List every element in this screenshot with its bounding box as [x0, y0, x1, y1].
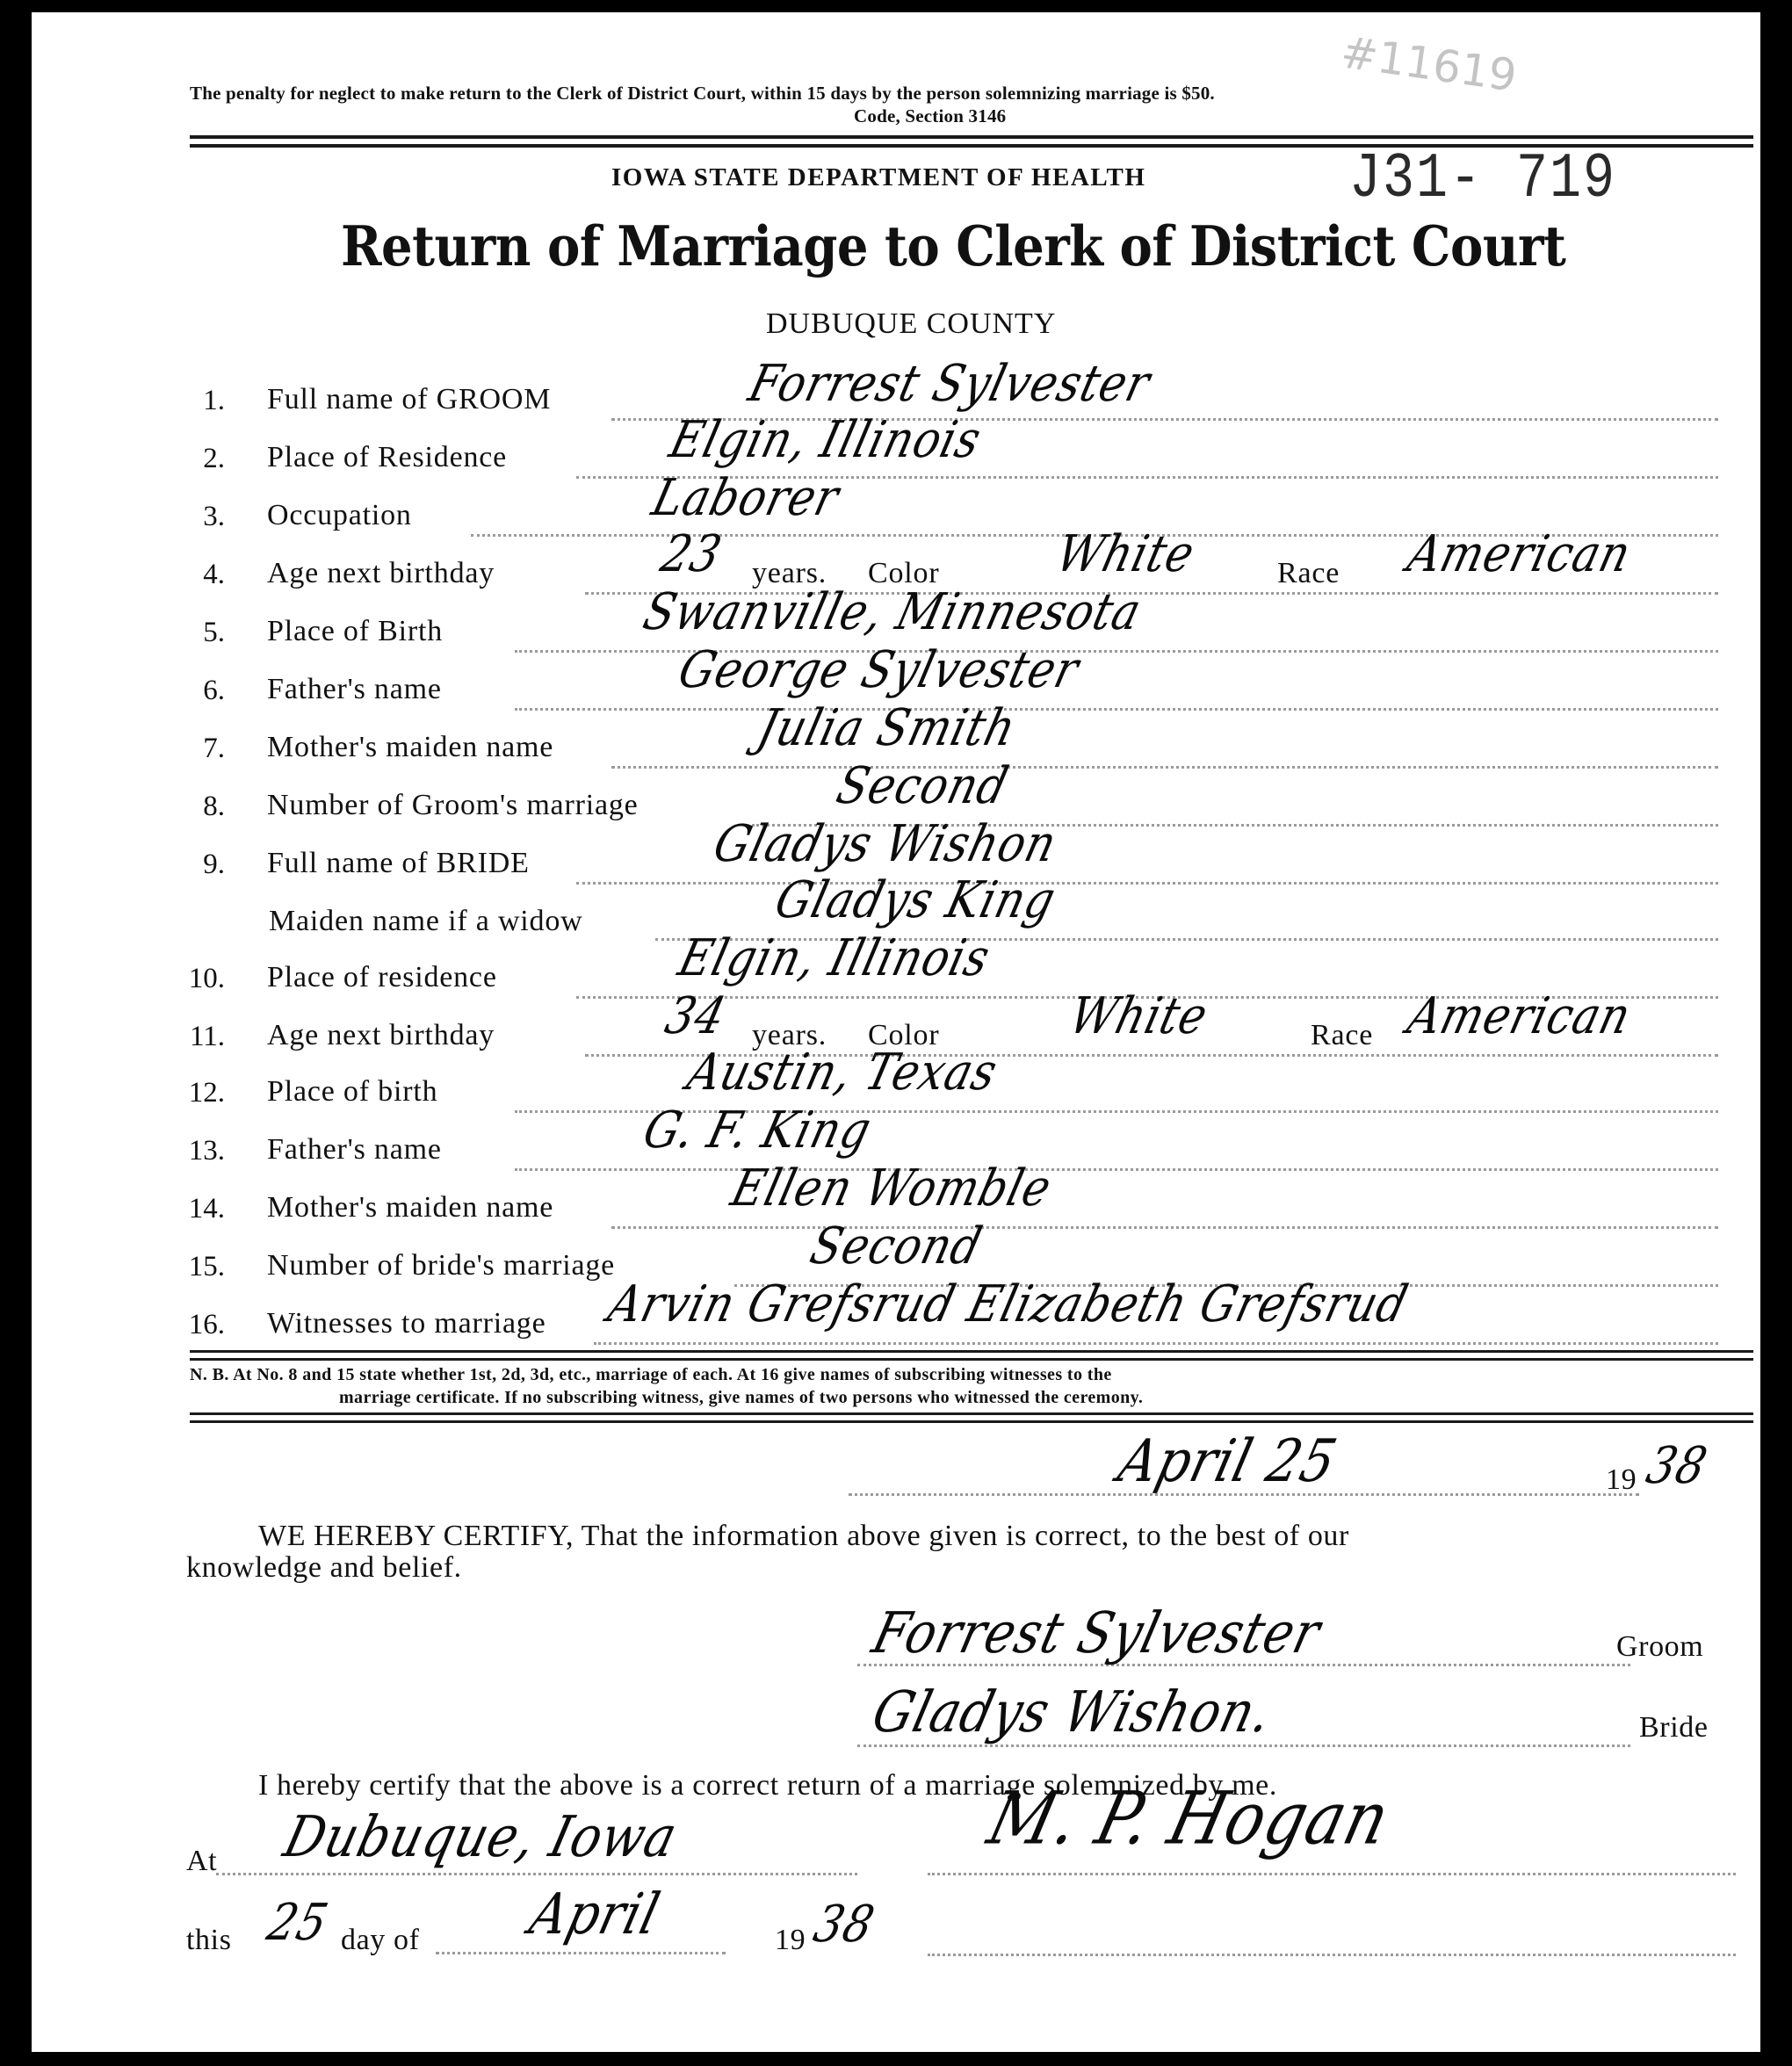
row-number: 6.	[172, 675, 225, 707]
row-number: 14.	[172, 1193, 225, 1225]
pencil-note: #11619	[1338, 26, 1520, 101]
officiant-year-suffix: 38	[808, 1895, 880, 1954]
maiden-name-label: Maiden name if a widow	[269, 905, 583, 938]
officiant-signature-line	[928, 1873, 1736, 1875]
row-number: 1.	[172, 385, 225, 417]
row-number: 5.	[172, 617, 225, 649]
row-number: 9.	[172, 849, 225, 881]
year-prefix: 19	[1606, 1463, 1637, 1497]
officiant-address-line	[928, 1954, 1736, 1956]
row-number: 16.	[172, 1309, 225, 1341]
field-line	[611, 766, 1718, 769]
row-number: 2.	[172, 443, 225, 475]
agency-name: IOWA STATE DEPARTMENT OF HEALTH	[611, 163, 1145, 192]
bride-mother-label: Mother's maiden name	[267, 1191, 553, 1224]
groom-father-label: Father's name	[267, 673, 442, 706]
note-rule	[190, 1412, 1753, 1415]
row-number: 15.	[172, 1251, 225, 1283]
bride-mother-value: Ellen Womble	[726, 1159, 1058, 1217]
bride-father-label: Father's name	[267, 1133, 442, 1167]
code-section: Code, Section 3146	[854, 105, 1006, 127]
officiant-year-prefix: 19	[775, 1924, 806, 1957]
row-number: 13.	[172, 1135, 225, 1167]
row-number: 10.	[172, 963, 225, 995]
bride-birthplace-value: Austin, Texas	[682, 1043, 1003, 1102]
note-text-line1: N. B. At No. 8 and 15 state whether 1st,…	[190, 1365, 1112, 1385]
month-value: April	[524, 1882, 667, 1947]
witnesses-label: Witnesses to marriage	[267, 1307, 546, 1340]
groom-age-label: Age next birthday	[267, 557, 495, 590]
bride-marriage-number-value: Second	[805, 1217, 988, 1275]
groom-birthplace-value: Swanville, Minnesota	[638, 582, 1147, 641]
groom-residence-value: Elgin, Illinois	[664, 410, 987, 469]
groom-name-value: Forrest Sylvester	[743, 354, 1156, 413]
year-suffix: 38	[1641, 1436, 1713, 1495]
at-label: At	[186, 1845, 217, 1878]
groom-label: Groom	[1616, 1630, 1703, 1664]
groom-color-value: White	[1051, 524, 1201, 583]
groom-father-value: George Sylvester	[673, 640, 1085, 699]
officiant-signature: M. P. Hogan	[980, 1775, 1398, 1860]
groom-race-value: American	[1402, 524, 1637, 583]
certification-date-value: April 25	[1112, 1427, 1344, 1495]
field-line	[611, 1226, 1718, 1229]
note-rule	[190, 1420, 1753, 1423]
note-rule	[190, 1350, 1753, 1353]
groom-signature: Forrest Sylvester	[866, 1600, 1327, 1666]
certify-statement: WE HEREBY CERTIFY, That the information …	[258, 1520, 1349, 1553]
bride-father-value: G. F. King	[638, 1101, 878, 1159]
groom-name-label: Full name of GROOM	[267, 383, 551, 416]
bride-residence-value: Elgin, Illinois	[673, 928, 996, 987]
file-number-stamp: J31- 719	[1349, 144, 1616, 216]
row-number: 11.	[172, 1021, 225, 1053]
groom-marriage-number-label: Number of Groom's marriage	[267, 789, 639, 822]
day-value: 25	[262, 1893, 334, 1952]
row-number: 12.	[172, 1077, 225, 1109]
this-label: this	[186, 1924, 232, 1957]
groom-residence-label: Place of Residence	[267, 441, 507, 474]
bride-age-label: Age next birthday	[267, 1019, 495, 1052]
groom-occupation-label: Occupation	[267, 499, 412, 532]
race-label: Race	[1277, 557, 1340, 590]
groom-mother-label: Mother's maiden name	[267, 731, 553, 764]
field-line	[515, 708, 1718, 711]
document-page: #11619 The penalty for neglect to make r…	[32, 12, 1760, 2052]
field-line	[594, 1342, 1718, 1345]
groom-mother-value: Julia Smith	[752, 698, 1022, 757]
race-label: Race	[1311, 1019, 1373, 1052]
note-rule	[190, 1358, 1753, 1361]
form-title: Return of Marriage to Clerk of District …	[341, 214, 1565, 279]
day-of-label: day of	[341, 1924, 420, 1957]
field-line	[576, 882, 1718, 885]
bride-race-value: American	[1402, 986, 1637, 1045]
row-number: 4.	[172, 559, 225, 591]
bride-marriage-number-label: Number of bride's marriage	[267, 1249, 615, 1282]
groom-birthplace-label: Place of Birth	[267, 615, 443, 648]
header-rule-top	[190, 135, 1753, 139]
county-name: DUBUQUE COUNTY	[766, 307, 1056, 341]
witnesses-value: Arvin Grefsrud Elizabeth Grefsrud	[603, 1275, 1414, 1333]
field-line	[515, 1168, 1718, 1171]
bride-residence-label: Place of residence	[267, 961, 497, 994]
groom-marriage-number-value: Second	[831, 756, 1015, 815]
place-value: Dubuque, Iowa	[278, 1804, 683, 1870]
bride-color-value: White	[1064, 986, 1214, 1045]
bride-birthplace-label: Place of birth	[267, 1075, 437, 1109]
row-number: 7.	[172, 733, 225, 765]
bride-name-value: Gladys Wishon	[708, 814, 1063, 873]
maiden-name-value: Gladys King	[770, 870, 1062, 929]
note-text-line2: marriage certificate. If no subscribing …	[339, 1388, 1143, 1408]
month-line	[436, 1952, 726, 1954]
certify-statement-cont: knowledge and belief.	[186, 1551, 462, 1585]
place-line	[216, 1873, 857, 1875]
groom-occupation-value: Laborer	[647, 468, 845, 527]
bride-label: Bride	[1639, 1711, 1709, 1745]
row-number: 8.	[172, 791, 225, 823]
bride-name-label: Full name of BRIDE	[267, 847, 530, 880]
row-number: 3.	[172, 501, 225, 533]
bride-signature: Gladys Wishon.	[866, 1680, 1279, 1745]
penalty-notice: The penalty for neglect to make return t…	[190, 83, 1215, 105]
